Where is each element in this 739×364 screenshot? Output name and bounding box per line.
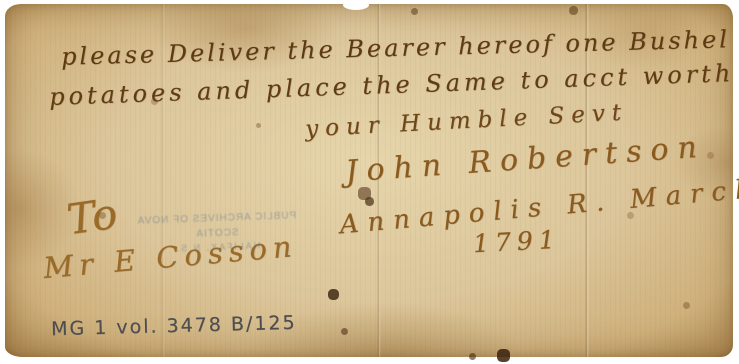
pencil-archival-reference: MG 1 vol. 3478 B/125 bbox=[51, 312, 297, 340]
paper-tear-notch bbox=[343, 0, 369, 10]
aged-paper-sheet: please Deliver the Bearer hereof one Bus… bbox=[5, 4, 733, 357]
archive-stamp-bleedthrough: PUBLIC ARCHIVES OF NOVA SCOTIA HALIFAX, … bbox=[120, 208, 313, 258]
handwriting-closing: your Humble Sevt bbox=[305, 100, 629, 143]
ink-blots-and-foxing bbox=[5, 4, 8, 7]
year: 1791 bbox=[472, 225, 561, 259]
signature: John Robertson bbox=[344, 129, 707, 189]
address-to-flourish: To bbox=[64, 189, 120, 244]
